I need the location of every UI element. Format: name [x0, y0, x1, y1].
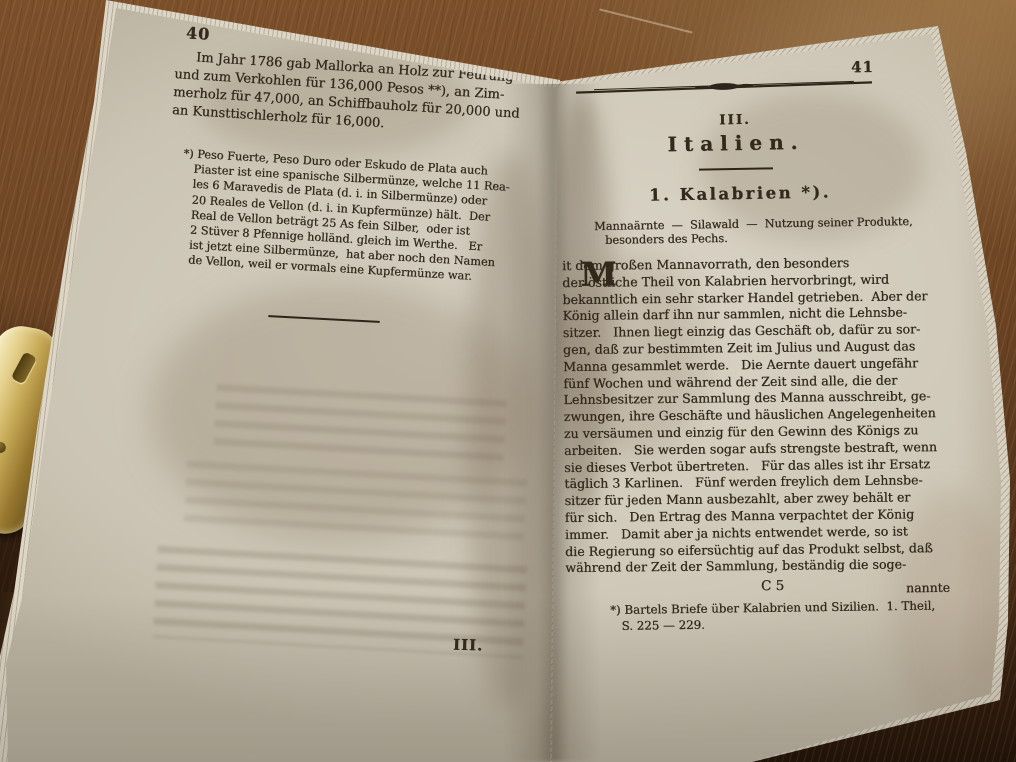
left-page-number: 40: [185, 23, 210, 43]
brass-clasp-slot: [11, 351, 37, 384]
chapter-number: III.: [698, 111, 772, 128]
left-footnote: *) Peso Fuerte, Peso Duro oder Eskudo de…: [177, 146, 511, 286]
section-subtitle: Mannaärnte — Silawald — Nutzung seiner P…: [594, 215, 913, 248]
section-heading: 1. Kalabrien *).: [645, 182, 835, 204]
left-signature-mark: III.: [453, 636, 484, 655]
right-page-number: 41: [851, 58, 874, 76]
body-lines: it dem großen Mannavorrath, den besonder…: [562, 254, 938, 577]
brass-clasp-screw: [0, 441, 7, 454]
right-footnote: *) Bartels Briefe über Kalabrien und Siz…: [610, 598, 935, 634]
book-photo: 40 ✕✕✕✕✕✕✕✕ Im Jahr 1786 gab Mallorka an…: [0, 0, 1016, 762]
chapter-title: Italien.: [636, 129, 836, 156]
signature-mark: C 5: [761, 578, 784, 594]
catchword: nannte: [906, 580, 950, 595]
